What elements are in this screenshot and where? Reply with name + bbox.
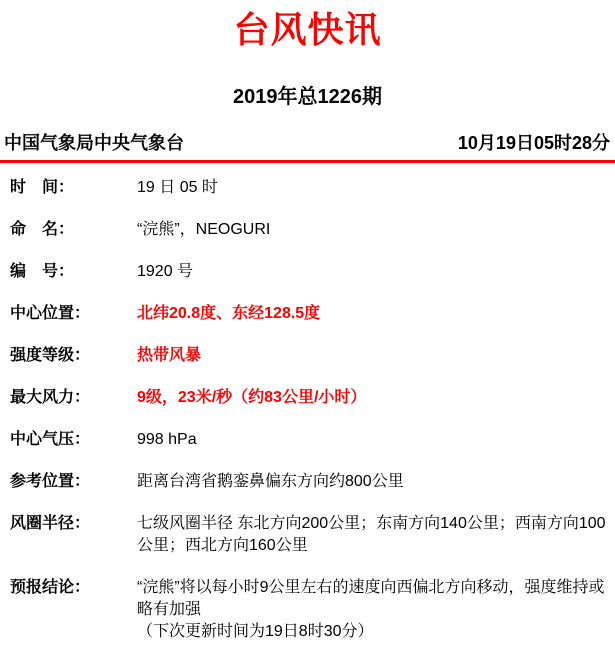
row-forecast-conclusion: 预报结论： “浣熊”将以每小时9公里左右的速度向西偏北方向移动，强度维持或略有加… bbox=[10, 577, 611, 643]
field-label: 预报结论： bbox=[10, 577, 137, 599]
field-label: 中心位置： bbox=[10, 303, 137, 325]
row-reference-position: 参考位置： 距离台湾省鹅銮鼻偏东方向约800公里 bbox=[10, 471, 611, 493]
row-name: 命 名： “浣熊”，NEOGURI bbox=[10, 219, 611, 241]
field-value: “浣熊”，NEOGURI bbox=[137, 219, 611, 241]
row-time: 时 间： 19 日 05 时 bbox=[10, 177, 611, 199]
row-intensity-level: 强度等级： 热带风暴 bbox=[10, 345, 611, 367]
field-value: 19 日 05 时 bbox=[137, 177, 611, 199]
forecast-text: “浣熊”将以每小时9公里左右的速度向西偏北方向移动，强度维持或略有加强 bbox=[137, 577, 611, 621]
field-value: 七级风圈半径 东北方向200公里；东南方向140公里；西南方向100公里；西北方… bbox=[137, 513, 611, 557]
row-center-position: 中心位置： 北纬20.8度、东经128.5度 bbox=[10, 303, 611, 325]
issue-number: 2019年总1226期 bbox=[0, 85, 615, 109]
page-title: 台风快讯 bbox=[0, 8, 615, 51]
typhoon-bulletin-page: 台风快讯 2019年总1226期 中国气象局中央气象台 10月19日05时28分… bbox=[0, 8, 615, 647]
field-value: 1920 号 bbox=[137, 261, 611, 283]
row-center-pressure: 中心气压： 998 hPa bbox=[10, 429, 611, 451]
row-max-wind: 最大风力： 9级，23米/秒（约83公里/小时） bbox=[10, 387, 611, 409]
issue-datetime: 10月19日05时28分 bbox=[458, 131, 610, 155]
field-label: 命 名： bbox=[10, 219, 137, 241]
field-value-highlight: 北纬20.8度、东经128.5度 bbox=[137, 303, 611, 325]
next-update-note: （下次更新时间为19日8时30分） bbox=[137, 621, 611, 643]
bulletin-header: 中国气象局中央气象台 10月19日05时28分 bbox=[0, 131, 615, 155]
field-value-highlight: 9级，23米/秒（约83公里/小时） bbox=[137, 387, 611, 409]
field-label: 强度等级： bbox=[10, 345, 137, 367]
field-label: 时 间： bbox=[10, 177, 137, 199]
field-label: 参考位置： bbox=[10, 471, 137, 493]
field-label: 编 号： bbox=[10, 261, 137, 283]
issuing-organization: 中国气象局中央气象台 bbox=[4, 131, 184, 155]
field-value: 距离台湾省鹅銮鼻偏东方向约800公里 bbox=[137, 471, 611, 493]
row-wind-circle-radius: 风圈半径： 七级风圈半径 东北方向200公里；东南方向140公里；西南方向100… bbox=[10, 513, 611, 557]
field-value-highlight: 热带风暴 bbox=[137, 345, 611, 367]
bulletin-rows: 时 间： 19 日 05 时 命 名： “浣熊”，NEOGURI 编 号： 19… bbox=[0, 163, 615, 643]
field-value: 998 hPa bbox=[137, 429, 611, 451]
field-value: “浣熊”将以每小时9公里左右的速度向西偏北方向移动，强度维持或略有加强 （下次更… bbox=[137, 577, 611, 643]
field-label: 风圈半径： bbox=[10, 513, 137, 535]
field-label: 最大风力： bbox=[10, 387, 137, 409]
field-label: 中心气压： bbox=[10, 429, 137, 451]
row-number: 编 号： 1920 号 bbox=[10, 261, 611, 283]
